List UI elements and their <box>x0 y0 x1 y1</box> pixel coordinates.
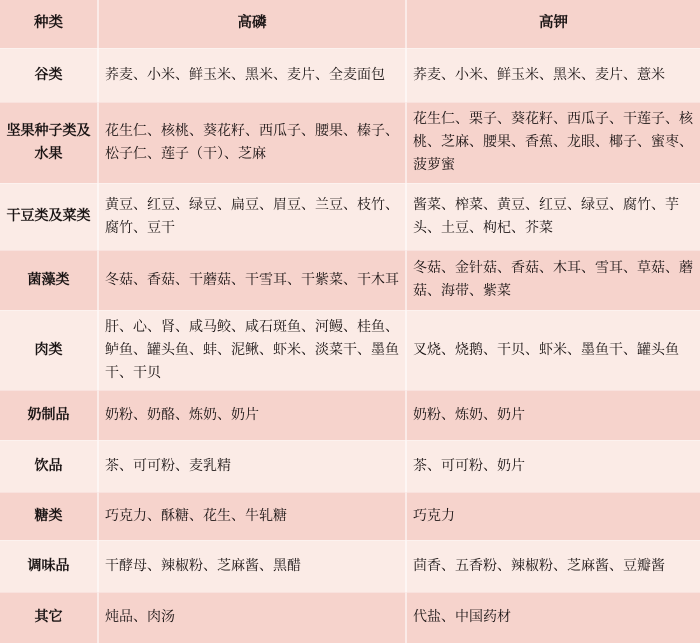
category-cell: 调味品 <box>0 540 98 592</box>
table-row: 菌藻类 冬菇、香菇、干蘑菇、干雪耳、干紫菜、干木耳 冬菇、金针菇、香菇、木耳、雪… <box>0 250 700 310</box>
category-cell: 奶制品 <box>0 390 98 440</box>
table-row: 其它 炖品、肉汤 代盐、中国药材 <box>0 592 700 643</box>
high-phosphorus-cell: 花生仁、核桃、葵花籽、西瓜子、腰果、榛子、松子仁、莲子（干）、芝麻 <box>98 102 406 183</box>
high-phosphorus-cell: 冬菇、香菇、干蘑菇、干雪耳、干紫菜、干木耳 <box>98 250 406 310</box>
category-cell: 干豆类及菜类 <box>0 183 98 250</box>
high-phosphorus-cell: 黄豆、红豆、绿豆、扁豆、眉豆、兰豆、枝竹、腐竹、豆干 <box>98 183 406 250</box>
high-phosphorus-cell: 巧克力、酥糖、花生、牛轧糖 <box>98 492 406 540</box>
header-high-phosphorus: 高磷 <box>98 0 406 48</box>
table-header-row: 种类 高磷 高钾 <box>0 0 700 48</box>
category-cell: 谷类 <box>0 48 98 102</box>
high-potassium-cell: 冬菇、金针菇、香菇、木耳、雪耳、草菇、蘑菇、海带、紫菜 <box>406 250 700 310</box>
high-potassium-cell: 荞麦、小米、鲜玉米、黑米、麦片、薏米 <box>406 48 700 102</box>
header-high-potassium: 高钾 <box>406 0 700 48</box>
food-phosphorus-potassium-table: 种类 高磷 高钾 谷类 荞麦、小米、鲜玉米、黑米、麦片、全麦面包 荞麦、小米、鲜… <box>0 0 700 643</box>
category-cell: 糖类 <box>0 492 98 540</box>
table-row: 调味品 干酵母、辣椒粉、芝麻酱、黑醋 茴香、五香粉、辣椒粉、芝麻酱、豆瓣酱 <box>0 540 700 592</box>
table-row: 肉类 肝、心、肾、咸马鲛、咸石斑鱼、河鳗、桂鱼、鲈鱼、罐头鱼、蚌、泥鳅、虾米、淡… <box>0 310 700 390</box>
high-potassium-cell: 花生仁、栗子、葵花籽、西瓜子、干莲子、核桃、芝麻、腰果、香蕉、龙眼、椰子、蜜枣、… <box>406 102 700 183</box>
high-potassium-cell: 酱菜、榨菜、黄豆、红豆、绿豆、腐竹、芋头、土豆、枸杞、芥菜 <box>406 183 700 250</box>
header-category: 种类 <box>0 0 98 48</box>
high-potassium-cell: 巧克力 <box>406 492 700 540</box>
high-phosphorus-cell: 干酵母、辣椒粉、芝麻酱、黑醋 <box>98 540 406 592</box>
high-phosphorus-cell: 肝、心、肾、咸马鲛、咸石斑鱼、河鳗、桂鱼、鲈鱼、罐头鱼、蚌、泥鳅、虾米、淡菜干、… <box>98 310 406 390</box>
high-phosphorus-cell: 茶、可可粉、麦乳精 <box>98 440 406 492</box>
table-row: 糖类 巧克力、酥糖、花生、牛轧糖 巧克力 <box>0 492 700 540</box>
category-cell: 饮品 <box>0 440 98 492</box>
table-row: 坚果种子类及水果 花生仁、核桃、葵花籽、西瓜子、腰果、榛子、松子仁、莲子（干）、… <box>0 102 700 183</box>
high-phosphorus-cell: 炖品、肉汤 <box>98 592 406 643</box>
category-cell: 菌藻类 <box>0 250 98 310</box>
category-cell: 其它 <box>0 592 98 643</box>
high-phosphorus-cell: 荞麦、小米、鲜玉米、黑米、麦片、全麦面包 <box>98 48 406 102</box>
category-cell: 肉类 <box>0 310 98 390</box>
table-row: 谷类 荞麦、小米、鲜玉米、黑米、麦片、全麦面包 荞麦、小米、鲜玉米、黑米、麦片、… <box>0 48 700 102</box>
high-potassium-cell: 茴香、五香粉、辣椒粉、芝麻酱、豆瓣酱 <box>406 540 700 592</box>
high-potassium-cell: 叉烧、烧鹅、干贝、虾米、墨鱼干、罐头鱼 <box>406 310 700 390</box>
table-row: 饮品 茶、可可粉、麦乳精 茶、可可粉、奶片 <box>0 440 700 492</box>
high-potassium-cell: 茶、可可粉、奶片 <box>406 440 700 492</box>
high-potassium-cell: 奶粉、炼奶、奶片 <box>406 390 700 440</box>
high-phosphorus-cell: 奶粉、奶酪、炼奶、奶片 <box>98 390 406 440</box>
category-cell: 坚果种子类及水果 <box>0 102 98 183</box>
high-potassium-cell: 代盐、中国药材 <box>406 592 700 643</box>
table-row: 奶制品 奶粉、奶酪、炼奶、奶片 奶粉、炼奶、奶片 <box>0 390 700 440</box>
table-row: 干豆类及菜类 黄豆、红豆、绿豆、扁豆、眉豆、兰豆、枝竹、腐竹、豆干 酱菜、榨菜、… <box>0 183 700 250</box>
